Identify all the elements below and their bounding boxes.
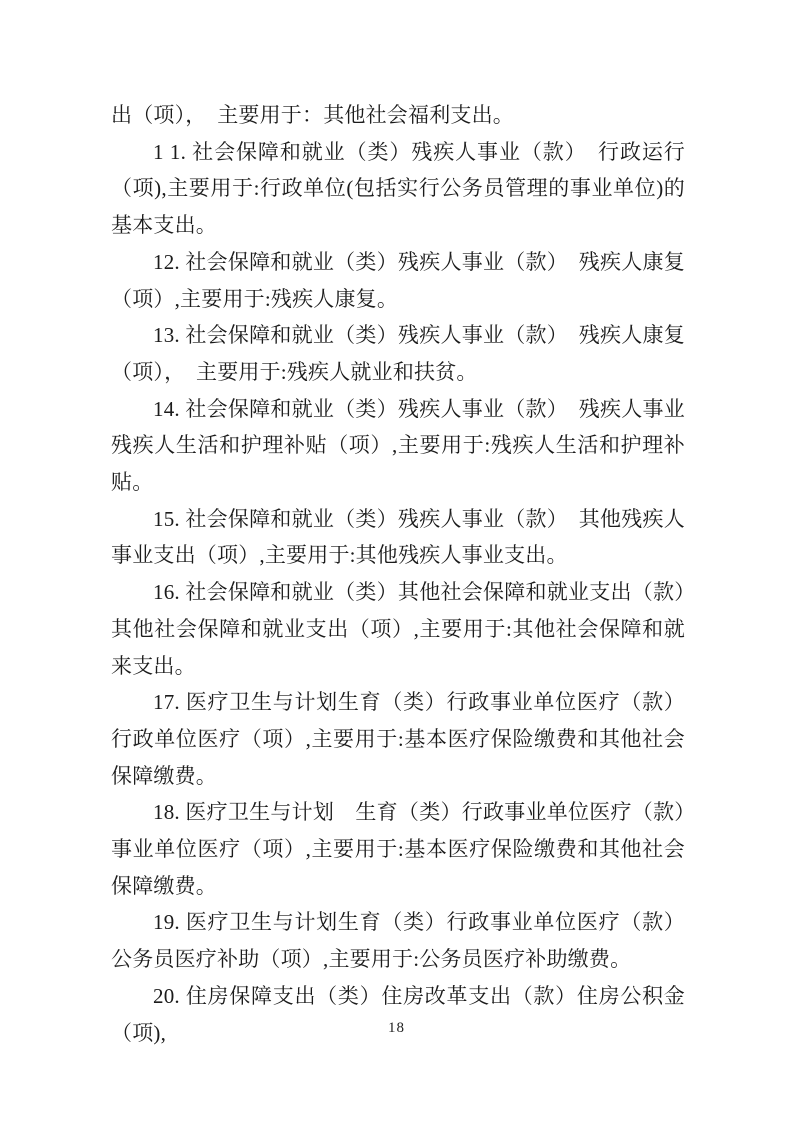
document-body: 出（项）， 主要用于：其他社会福利支出。 1 1. 社会保障和就业（类）残疾人事…: [111, 97, 685, 1051]
page-number: 18: [0, 1020, 793, 1037]
paragraph-14: 14. 社会保障和就业（类）残疾人事业（款） 残疾人事业残疾人生活和护理补贴（项…: [111, 391, 685, 501]
document-page: 出（项）， 主要用于：其他社会福利支出。 1 1. 社会保障和就业（类）残疾人事…: [0, 0, 793, 1122]
paragraph-continuation: 出（项）， 主要用于：其他社会福利支出。: [111, 97, 685, 134]
paragraph-17: 17. 医疗卫生与计划生育（类）行政事业单位医疗（款）行政单位医疗（项）,主要用…: [111, 684, 685, 794]
paragraph-20: 20. 住房保障支出（类）住房改革支出（款）住房公积金（项),: [111, 978, 685, 1051]
paragraph-11: 1 1. 社会保障和就业（类）残疾人事业（款） 行政运行（项),主要用于:行政单…: [111, 134, 685, 244]
paragraph-13: 13. 社会保障和就业（类）残疾人事业（款） 残疾人康复（项）， 主要用于:残疾…: [111, 317, 685, 390]
paragraph-18: 18. 医疗卫生与计划 生育（类）行政事业单位医疗（款）事业单位医疗（项）,主要…: [111, 794, 685, 904]
paragraph-12: 12. 社会保障和就业（类）残疾人事业（款） 残疾人康复（项）,主要用于:残疾人…: [111, 244, 685, 317]
paragraph-15: 15. 社会保障和就业（类）残疾人事业（款） 其他残疾人事业支出（项）,主要用于…: [111, 501, 685, 574]
paragraph-16: 16. 社会保障和就业（类）其他社会保障和就业支出（款） 其他社会保障和就业支出…: [111, 574, 685, 684]
paragraph-19: 19. 医疗卫生与计划生育（类）行政事业单位医疗（款）公务员医疗补助（项）,主要…: [111, 904, 685, 977]
